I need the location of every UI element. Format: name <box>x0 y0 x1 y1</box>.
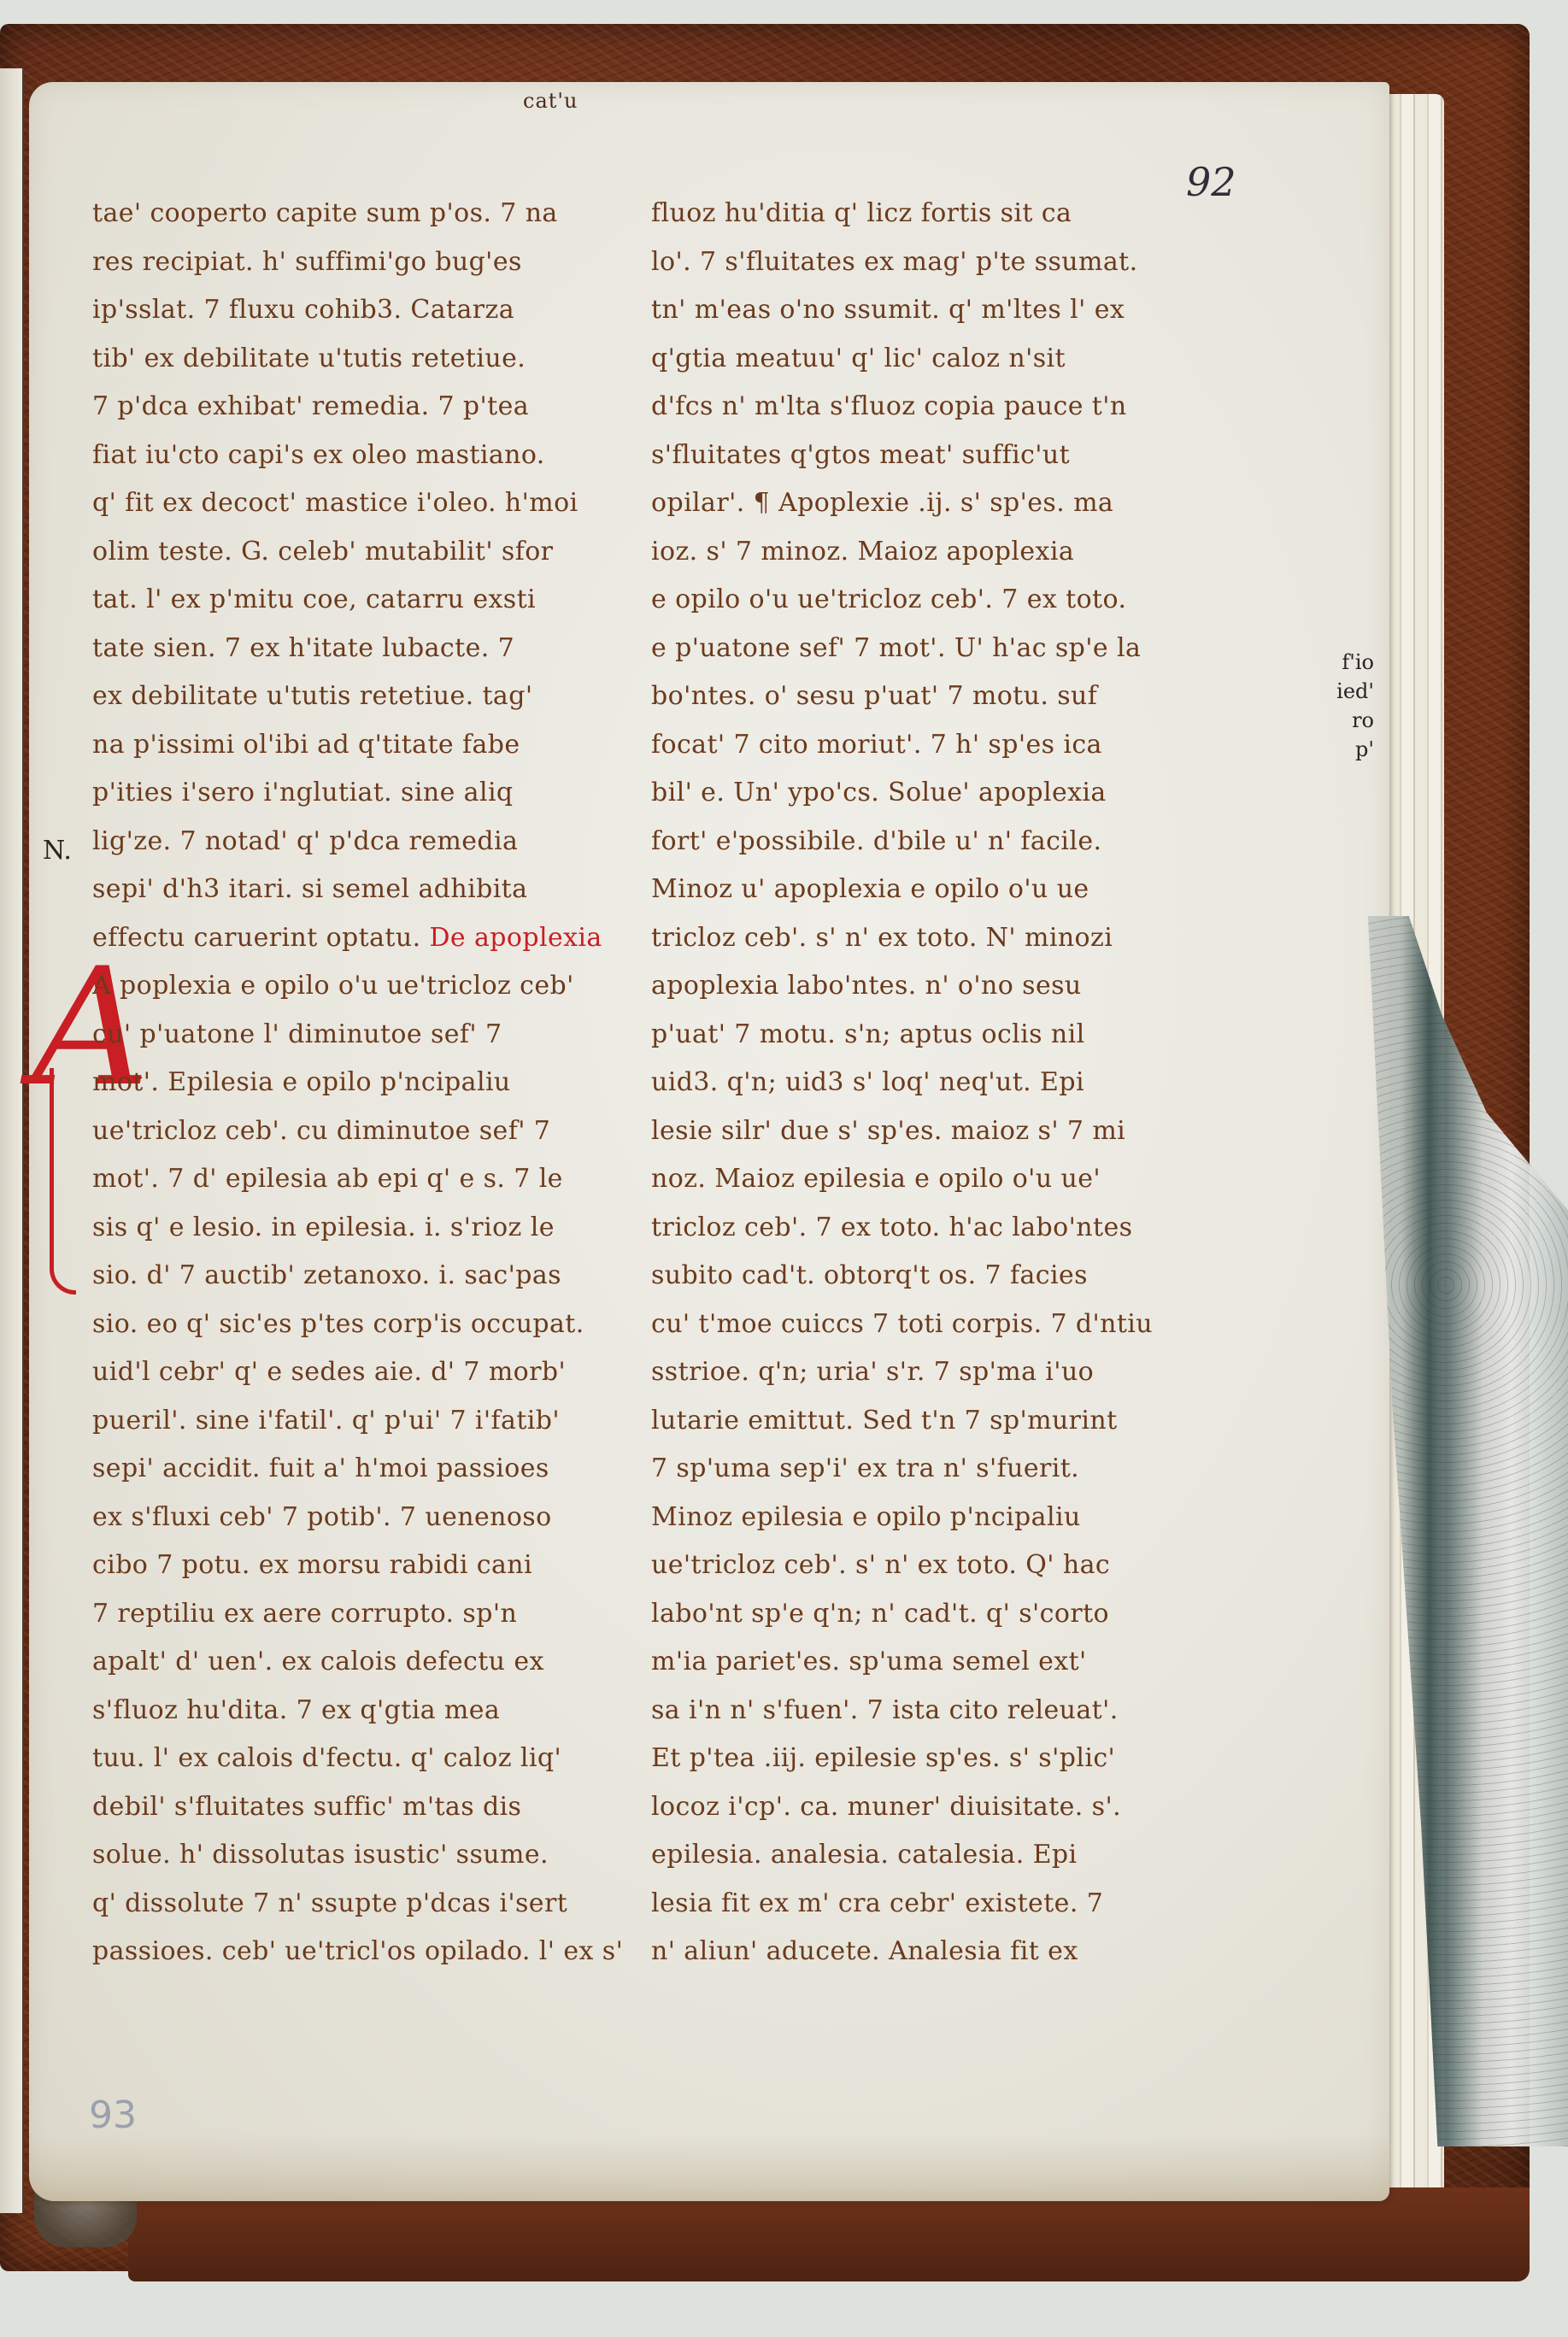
text-line: cibo 7 potu. ex morsu rabidi cani <box>92 1541 639 1590</box>
text-line: s'fluitates q'gtos meat' suffic'ut <box>651 432 1198 480</box>
text-line: mot'. Epilesia e opilo p'ncipaliu <box>92 1059 639 1107</box>
text-segment: effectu caruerint optatu. <box>92 923 421 953</box>
text-line: cu' p'uatone l' diminutoe sef' 7 <box>92 1011 639 1060</box>
text-line: Et p'tea .iij. epilesie sp'es. s' s'plic… <box>651 1735 1198 1783</box>
text-line: Minoz epilesia e opilo p'ncipaliu <box>651 1494 1198 1542</box>
text-line: tate sien. 7 ex h'itate lubacte. 7 <box>92 625 639 673</box>
text-line: lesia fit ex m' cra cebr' existete. 7 <box>651 1880 1198 1929</box>
text-line: debil' s'fluitates suffic' m'tas dis <box>92 1783 639 1832</box>
text-line: focat' 7 cito moriut'. 7 h' sp'es ica <box>651 721 1198 770</box>
text-line: bo'ntes. o' sesu p'uat' 7 motu. suf <box>651 672 1198 721</box>
text-line: tricloz ceb'. s' n' ex toto. N' minozi <box>651 914 1198 963</box>
text-line: tat. l' ex p'mitu coe, catarru exsti <box>92 576 639 625</box>
text-line: fort' e'possibile. d'bile u' n' facile. <box>651 818 1198 866</box>
margin-notes-right: f'io ied' ro p' <box>1323 648 1374 764</box>
text-line: mot'. 7 d' epilesia ab epi q' e s. 7 le <box>92 1155 639 1204</box>
text-line: q'gtia meatuu' q' lic' caloz n'sit <box>651 335 1198 384</box>
text-line: subito cad't. obtorq't os. 7 facies <box>651 1252 1198 1301</box>
text-line: fiat iu'cto capi's ex oleo mastiano. <box>92 432 639 480</box>
text-line-with-rubric: effectu caruerint optatu. De apoplexia <box>92 914 639 963</box>
text-line: sepi' accidit. fuit a' h'moi passioes <box>92 1445 639 1494</box>
text-line: sio. eo q' sic'es p'tes corp'is occupat. <box>92 1301 639 1349</box>
margin-note: ro <box>1323 706 1374 735</box>
text-line: 7 p'dca exhibat' remedia. 7 p'tea <box>92 383 639 432</box>
text-line: sepi' d'h3 itari. si semel adhibita <box>92 866 639 914</box>
text-line: tib' ex debilitate u'tutis retetiue. <box>92 335 639 384</box>
text-line: sa i'n n' s'fuen'. 7 ista cito releuat'. <box>651 1687 1198 1735</box>
text-line: lesie silr' due s' sp'es. maioz s' 7 mi <box>651 1107 1198 1156</box>
text-line: uid3. q'n; uid3 s' loq' neq'ut. Epi <box>651 1059 1198 1107</box>
text-line: e p'uatone sef' 7 mot'. U' h'ac sp'e la <box>651 625 1198 673</box>
rubric-heading: De apoplexia <box>429 923 602 953</box>
text-line: tae' cooperto capite sum p'os. 7 na <box>92 190 639 238</box>
text-line: fluoz hu'ditia q' licz fortis sit ca <box>651 190 1198 238</box>
text-line: lo'. 7 s'fluitates ex mag' p'te ssumat. <box>651 238 1198 287</box>
pencil-folio-number: 93 <box>89 2093 137 2137</box>
text-line: lig'ze. 7 notad' q' p'dca remedia <box>92 818 639 866</box>
text-line: p'ities i'sero i'nglutiat. sine aliq <box>92 769 639 818</box>
text-line: olim teste. G. celeb' mutabilit' sfor <box>92 528 639 577</box>
text-line: s'fluoz hu'dita. 7 ex q'gtia mea <box>92 1687 639 1735</box>
text-line: noz. Maioz epilesia e opilo o'u ue' <box>651 1155 1198 1204</box>
text-line: tricloz ceb'. 7 ex toto. h'ac labo'ntes <box>651 1204 1198 1253</box>
text-line: labo'nt sp'e q'n; n' cad't. q' s'corto <box>651 1590 1198 1639</box>
text-line: e opilo o'u ue'tricloz ceb'. 7 ex toto. <box>651 576 1198 625</box>
text-line: n' aliun' aducete. Analesia fit ex <box>651 1928 1198 1976</box>
margin-note: f'io <box>1323 648 1374 677</box>
text-line: sstrioe. q'n; uria' s'r. 7 sp'ma i'uo <box>651 1348 1198 1397</box>
text-line: apalt' d' uen'. ex calois defectu ex <box>92 1638 639 1687</box>
margin-note: p' <box>1323 735 1374 764</box>
text-line: p'uat' 7 motu. s'n; aptus oclis nil <box>651 1011 1198 1060</box>
text-line: locoz i'cp'. ca. muner' diuisitate. s'. <box>651 1783 1198 1832</box>
text-column-a: tae' cooperto capite sum p'os. 7 na res … <box>92 190 639 1976</box>
text-line: tn' m'eas o'no ssumit. q' m'ltes l' ex <box>651 286 1198 335</box>
text-line: ue'tricloz ceb'. s' n' ex toto. Q' hac <box>651 1541 1198 1590</box>
text-line: Minoz u' apoplexia e opilo o'u ue <box>651 866 1198 914</box>
text-line: uid'l cebr' q' e sedes aie. d' 7 morb' <box>92 1348 639 1397</box>
margin-note: ied' <box>1323 677 1374 706</box>
initial-flourish <box>50 1068 76 1295</box>
running-head: cat'u <box>523 89 578 113</box>
text-line: cu' t'moe cuiccs 7 toti corpis. 7 d'ntiu <box>651 1301 1198 1349</box>
text-line: q' dissolute 7 n' ssupte p'dcas i'sert <box>92 1880 639 1929</box>
binding-bottom-strap <box>128 2187 1530 2281</box>
text-line: apoplexia labo'ntes. n' o'no sesu <box>651 962 1198 1011</box>
text-line: opilar'. ¶ Apoplexie .ij. s' sp'es. ma <box>651 479 1198 528</box>
text-line: ex s'fluxi ceb' 7 potib'. 7 uenenoso <box>92 1494 639 1542</box>
text-line: bil' e. Un' ypo'cs. Solue' apoplexia <box>651 769 1198 818</box>
text-line: ex debilitate u'tutis retetiue. tag' <box>92 672 639 721</box>
text-line: sis q' e lesio. in epilesia. i. s'rioz l… <box>92 1204 639 1253</box>
text-line: epilesia. analesia. catalesia. Epi <box>651 1831 1198 1880</box>
facing-leaf-edge <box>0 68 24 2213</box>
text-line: na p'issimi ol'ibi ad q'titate fabe <box>92 721 639 770</box>
text-line: lutarie emittut. Sed t'n 7 sp'murint <box>651 1397 1198 1446</box>
text-line: sio. d' 7 auctib' zetanoxo. i. sac'pas <box>92 1252 639 1301</box>
text-line: ue'tricloz ceb'. cu diminutoe sef' 7 <box>92 1107 639 1156</box>
text-column-b: fluoz hu'ditia q' licz fortis sit ca lo'… <box>651 190 1198 1976</box>
text-line: pueril'. sine i'fatil'. q' p'ui' 7 i'fat… <box>92 1397 639 1446</box>
text-line: A poplexia e opilo o'u ue'tricloz ceb' <box>92 962 639 1011</box>
text-line: res recipiat. h' suffimi'go bug'es <box>92 238 639 287</box>
text-line: passioes. ceb' ue'tricl'os opilado. l' e… <box>92 1928 639 1976</box>
text-line: 7 sp'uma sep'i' ex tra n' s'fuerit. <box>651 1445 1198 1494</box>
text-line: d'fcs n' m'lta s'fluoz copia pauce t'n <box>651 383 1198 432</box>
text-line: solue. h' dissolutas isustic' ssume. <box>92 1831 639 1880</box>
margin-note-left: N. <box>43 836 72 866</box>
text-line: ip'sslat. 7 fluxu cohib3. Catarza <box>92 286 639 335</box>
text-line: 7 reptiliu ex aere corrupto. sp'n <box>92 1590 639 1639</box>
text-line: m'ia pariet'es. sp'uma semel ext' <box>651 1638 1198 1687</box>
text-line: ioz. s' 7 minoz. Maioz apoplexia <box>651 528 1198 577</box>
text-line: tuu. l' ex calois d'fectu. q' caloz liq' <box>92 1735 639 1783</box>
text-line: q' fit ex decoct' mastice i'oleo. h'moi <box>92 479 639 528</box>
